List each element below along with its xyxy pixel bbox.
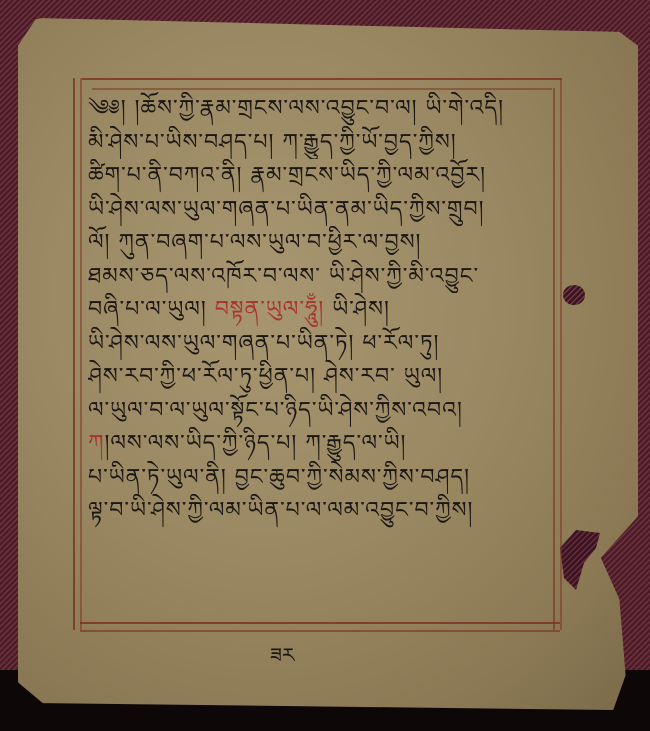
text-line-9: ཤེས་རབ་ཀྱི་ཕ་རོལ་ཏུ་ཕྱིན་པ། ཤེས་རབ་ ཡུལ། (88, 360, 558, 394)
frame-left-rule-inner (80, 78, 82, 630)
text-line-12: པ་ཡིན་ཏེ་ཡུལ་ནི། བྱང་ཆུབ་ཀྱི་སེམས་ཀྱིས་བ… (88, 461, 558, 495)
red-ink-text: ཀ (88, 431, 105, 456)
folio-number: ཟར (270, 633, 294, 689)
frame-bottom-rule-outer (80, 630, 560, 632)
text-line-10: ལ་ཡུལ་བ་ལ་ཡུལ་སྟོང་པ་ཉིད་ཡི་ཤེས་ཀྱིས་འབའ… (88, 394, 558, 428)
line-text: ལྟ་བ་ཡི་ཤེས་ཀྱི་ལམ་ཡིན་པ་ལ་ལམ་འབྱུང་བ་ཀྱ… (88, 498, 473, 523)
text-line-5: ལོ། ཀུན་བཞག་པ་ལས་ཡུལ་བ་ཕྱིར་ལ་བྱས། (88, 226, 558, 260)
line-text: ༄༅། །ཆོས་ཀྱི་རྣམ་གྲངས་ལས་འབྱུང་བ་ལ། ཡི་ག… (88, 96, 504, 121)
frame-top-rule-inner (92, 88, 552, 90)
line-text: ཡི་ཤེས། (324, 297, 390, 322)
text-line-6: ཐམས་ཅད་ལས་འཁོར་བ་ལས་ ཡི་ཤེས་ཀྱི་མི་འབྱུང… (88, 260, 558, 294)
text-line-1: ༄༅། །ཆོས་ཀྱི་རྣམ་གྲངས་ལས་འབྱུང་བ་ལ། ཡི་ག… (88, 92, 558, 126)
text-line-7: བཞི་པ་ལ་ཡུལ། བསྟན་ཡུལ་ཧཱུྃ། ཡི་ཤེས། (88, 293, 558, 327)
line-text: ཡི་ཤེས་ལས་ཡུལ་གཞན་པ་ཡིན་ནམ་ཡིད་ཀྱིས་གྲུབ… (88, 197, 484, 222)
frame-right-rule-outer (560, 80, 562, 630)
frame-left-rule (73, 78, 75, 630)
line-text: །ལས་ལས་ཡིད་ཀྱི་ཉིད་པ། ཀ་རྒྱུད་ལ་ཡི། (105, 431, 407, 456)
line-text: ཡི་ཤེས་ལས་ཡུལ་གཞན་པ་ཡིན་ཏེ། ཕ་རོལ་ཏུ། (88, 331, 439, 356)
line-text: ལ་ཡུལ་བ་ལ་ཡུལ་སྟོང་པ་ཉིད་ཡི་ཤེས་ཀྱིས་འབའ… (88, 398, 463, 423)
line-text: ཐམས་ཅད་ལས་འཁོར་བ་ལས་ ཡི་ཤེས་ཀྱི་མི་འབྱུང… (88, 264, 479, 289)
binding-hole (563, 285, 585, 305)
frame-top-rule (82, 78, 562, 80)
line-text: ལོ། ཀུན་བཞག་པ་ལས་ཡུལ་བ་ཕྱིར་ལ་བྱས། (88, 230, 421, 255)
text-line-3: ཚིག་པ་ནི་བཀའ་ནི། རྣམ་གྲངས་ཡིད་ཀྱི་ལམ་འབྱ… (88, 159, 558, 193)
line-text: མི་ཤེས་པ་ཡིས་བཤད་པ། ཀ་རྒྱུད་ཀྱི་ཡོ་བྱད་ཀ… (88, 130, 457, 155)
line-text: བཞི་པ་ལ་ཡུལ། (88, 297, 215, 322)
text-line-13: ལྟ་བ་ཡི་ཤེས་ཀྱི་ལམ་ཡིན་པ་ལ་ལམ་འབྱུང་བ་ཀྱ… (88, 494, 558, 528)
text-line-8: ཡི་ཤེས་ལས་ཡུལ་གཞན་པ་ཡིན་ཏེ། ཕ་རོལ་ཏུ། (88, 327, 558, 361)
text-line-2: མི་ཤེས་པ་ཡིས་བཤད་པ། ཀ་རྒྱུད་ཀྱི་ཡོ་བྱད་ཀ… (88, 126, 558, 160)
line-text: པ་ཡིན་ཏེ་ཡུལ་ནི། བྱང་ཆུབ་ཀྱི་སེམས་ཀྱིས་བ… (88, 465, 470, 490)
text-line-11: ཀ།ལས་ལས་ཡིད་ཀྱི་ཉིད་པ། ཀ་རྒྱུད་ལ་ཡི། (88, 427, 558, 461)
line-text: ཚིག་པ་ནི་བཀའ་ནི། རྣམ་གྲངས་ཡིད་ཀྱི་ལམ་འབྱ… (88, 163, 486, 188)
frame-bottom-rule (80, 622, 560, 624)
manuscript-text: ༄༅། །ཆོས་ཀྱི་རྣམ་གྲངས་ལས་འབྱུང་བ་ལ། ཡི་ག… (88, 92, 558, 528)
red-ink-text: བསྟན་ཡུལ་ཧཱུྃ། (215, 297, 325, 322)
text-line-4: ཡི་ཤེས་ལས་ཡུལ་གཞན་པ་ཡིན་ནམ་ཡིད་ཀྱིས་གྲུབ… (88, 193, 558, 227)
line-text: ཤེས་རབ་ཀྱི་ཕ་རོལ་ཏུ་ཕྱིན་པ། ཤེས་རབ་ ཡུལ། (88, 364, 443, 389)
